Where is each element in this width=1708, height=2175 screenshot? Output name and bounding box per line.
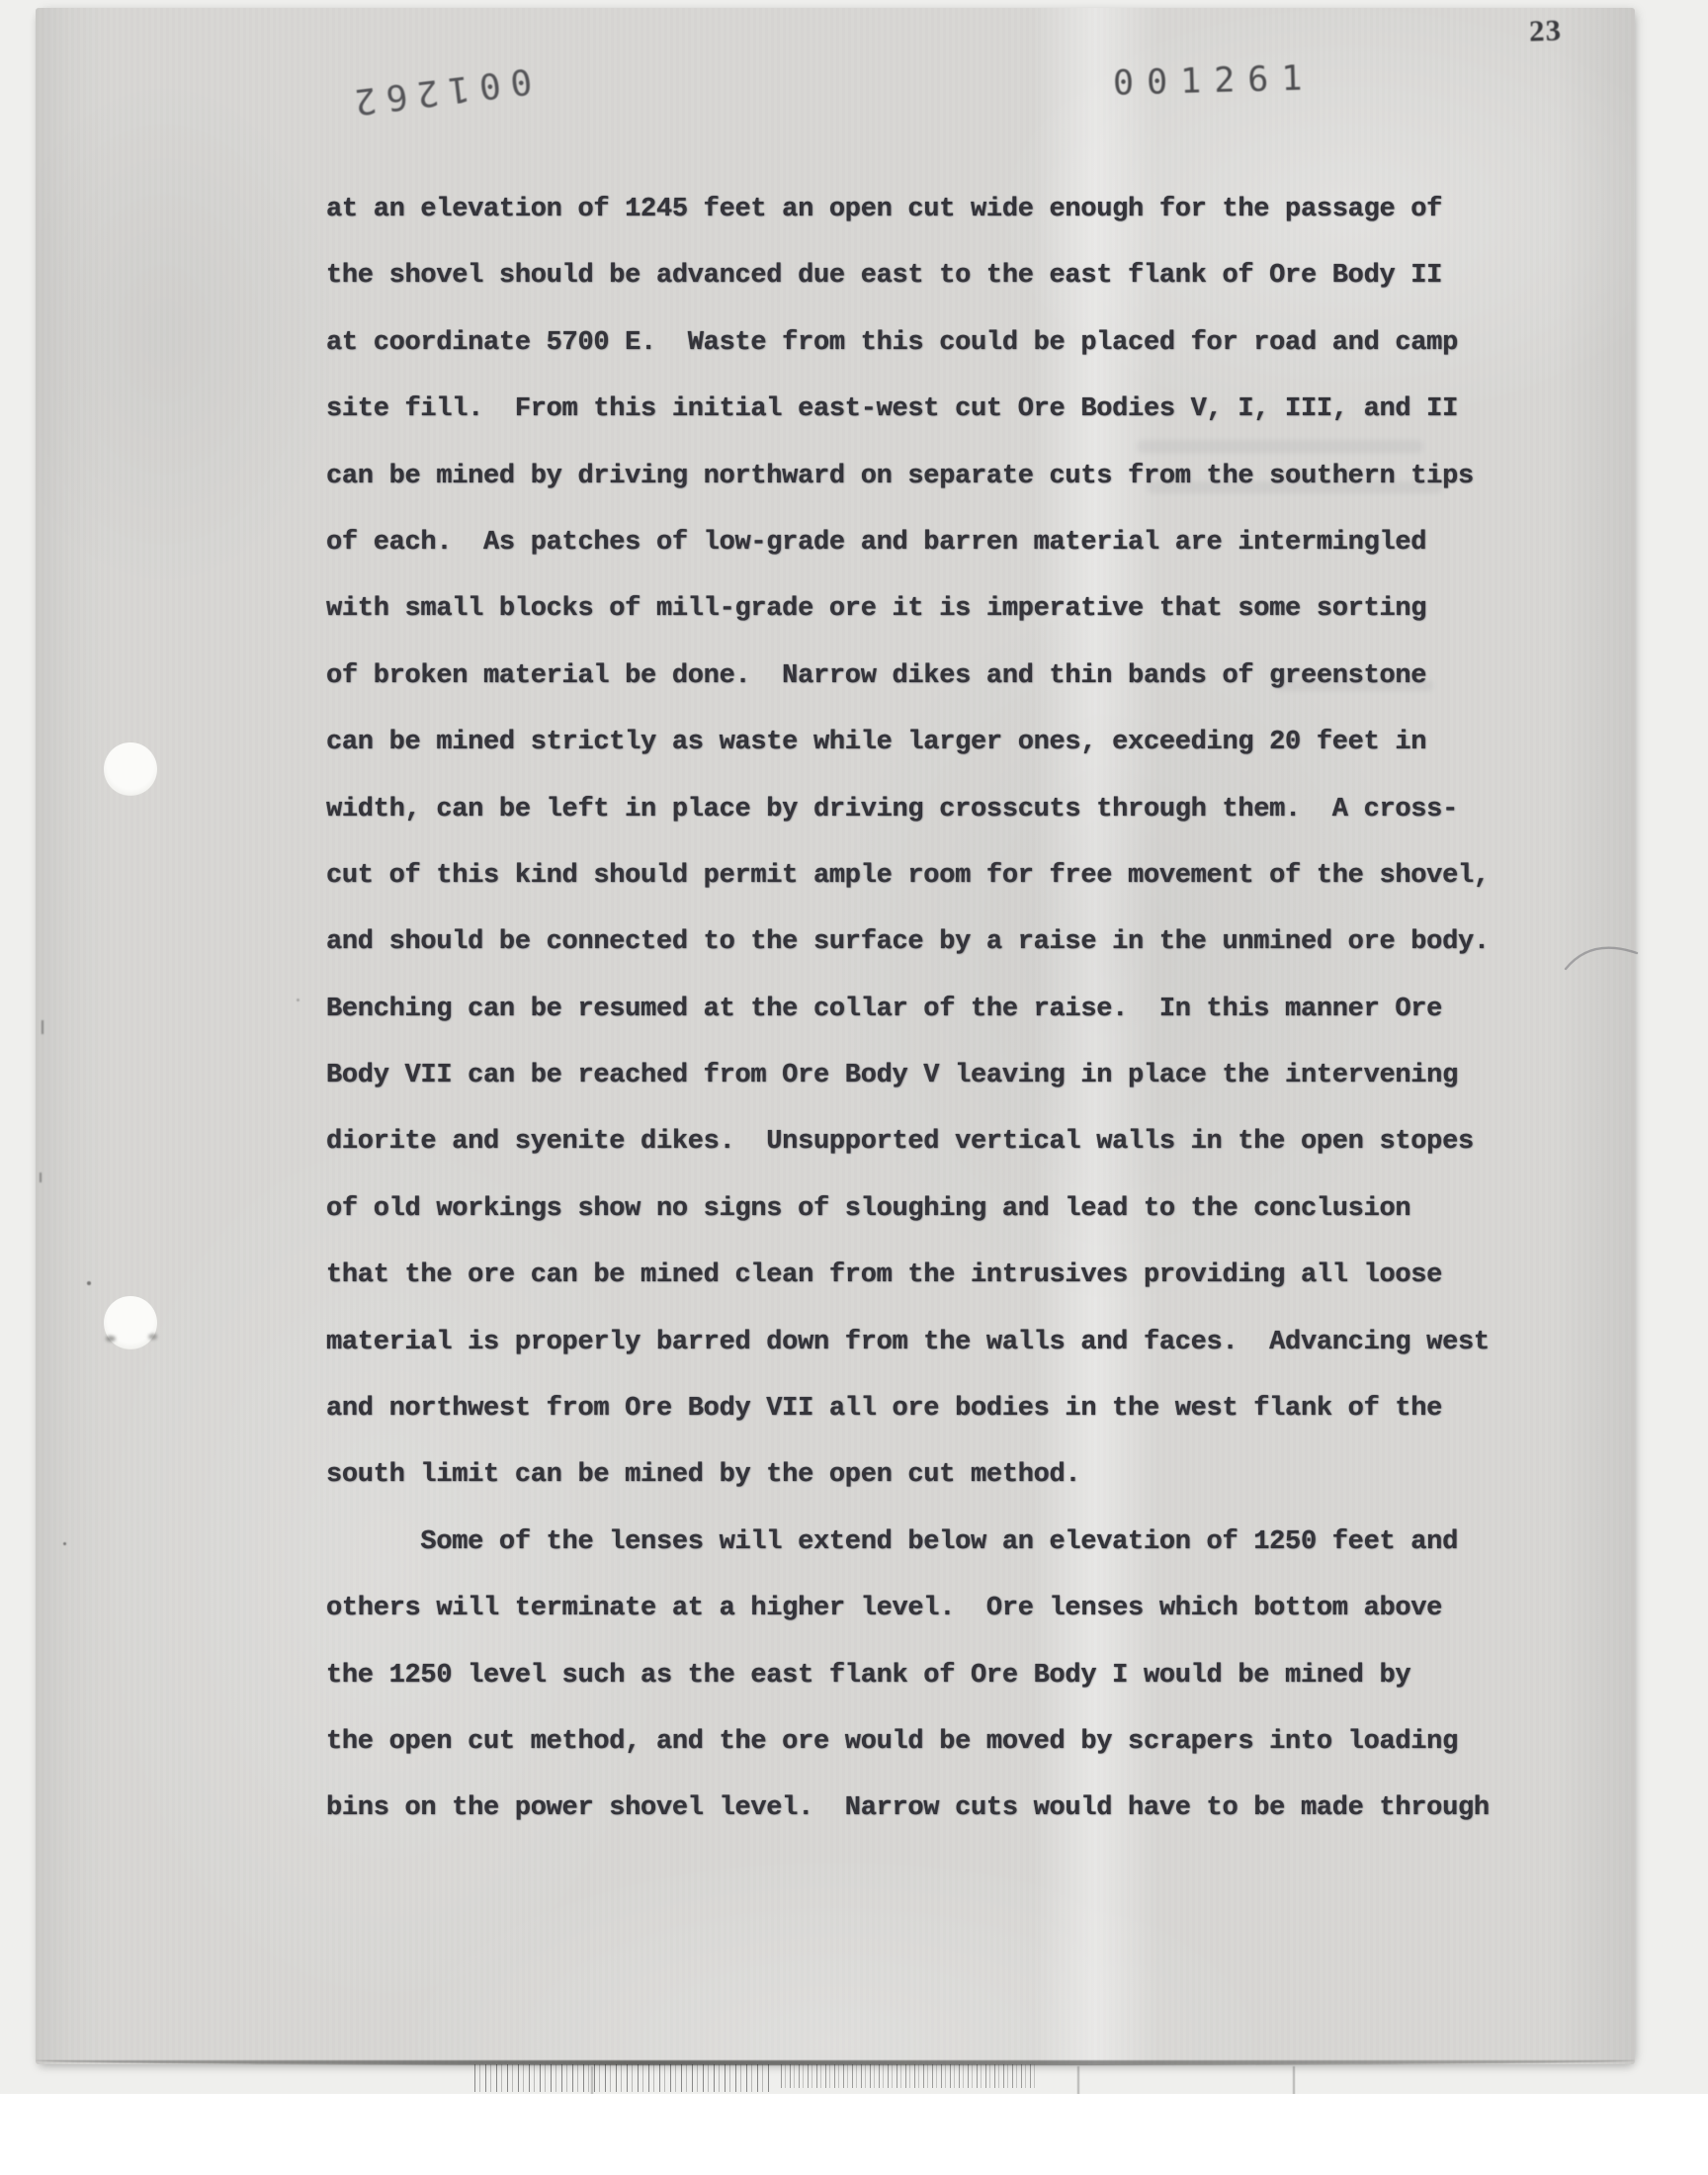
bleed-through-smudge	[1275, 680, 1433, 691]
text-line: can be mined by driving northward on sep…	[326, 444, 1572, 510]
text-line: of each. As patches of low-grade and bar…	[326, 510, 1572, 576]
text-line: south limit can be mined by the open cut…	[326, 1442, 1572, 1509]
punch-hole-bottom	[104, 1296, 157, 1349]
text-line: others will terminate at a higher level.…	[326, 1576, 1572, 1642]
speck	[63, 1542, 66, 1545]
text-line: Some of the lenses will extend below an …	[326, 1510, 1572, 1576]
text-line: diorite and syenite dikes. Unsupported v…	[326, 1109, 1572, 1175]
text-line: can be mined strictly as waste while lar…	[326, 710, 1572, 776]
text-line: Benching can be resumed at the collar of…	[326, 977, 1572, 1043]
bleed-through-smudge	[1137, 440, 1423, 453]
edge-mark	[40, 1173, 42, 1182]
ink-smudge	[148, 1334, 157, 1340]
text-line: site fill. From this initial east-west c…	[326, 377, 1572, 443]
text-line: the open cut method, and the ore would b…	[326, 1709, 1572, 1776]
speck	[87, 1281, 91, 1285]
scan-top-edge-artifact	[0, 0, 1708, 13]
text-line: Body VII can be reached from Ore Body V …	[326, 1043, 1572, 1109]
text-line: and northwest from Ore Body VII all ore …	[326, 1376, 1572, 1442]
text-line: the shovel should be advanced due east t…	[326, 243, 1572, 309]
edge-mark	[42, 1020, 43, 1034]
text-line: of broken material be done. Narrow dikes…	[326, 644, 1572, 710]
text-line: width, can be left in place by driving c…	[326, 777, 1572, 843]
bleed-through-smudge	[1147, 481, 1443, 493]
text-line: at coordinate 5700 E. Waste from this co…	[326, 310, 1572, 377]
text-line: material is properly barred down from th…	[326, 1310, 1572, 1376]
text-line: and should be connected to the surface b…	[326, 910, 1572, 976]
scan-bottom-margin	[0, 2094, 1708, 2175]
punch-hole-top	[104, 742, 157, 796]
ink-curve-mark	[1562, 927, 1641, 987]
scanned-document-page: 001262 001261 23 at an elevation of 1245…	[0, 0, 1708, 2175]
page-number: 23	[1528, 12, 1562, 48]
stamp-number: 001261	[1113, 58, 1316, 103]
text-line: the 1250 level such as the east flank of…	[326, 1643, 1572, 1709]
scan-streaks	[781, 2064, 1038, 2088]
text-line: that the ore can be mined clean from the…	[326, 1243, 1572, 1309]
speck	[297, 999, 299, 1001]
text-line: at an elevation of 1245 feet an open cut…	[326, 177, 1572, 243]
text-line: with small blocks of mill-grade ore it i…	[326, 576, 1572, 643]
text-line: cut of this kind should permit ample roo…	[326, 843, 1572, 910]
typewritten-text: at an elevation of 1245 feet an open cut…	[326, 177, 1572, 1843]
text-line: of old workings show no signs of sloughi…	[326, 1176, 1572, 1243]
scan-streaks	[474, 2064, 771, 2092]
ink-smudge	[106, 1336, 116, 1342]
text-line: bins on the power shovel level. Narrow c…	[326, 1776, 1572, 1842]
